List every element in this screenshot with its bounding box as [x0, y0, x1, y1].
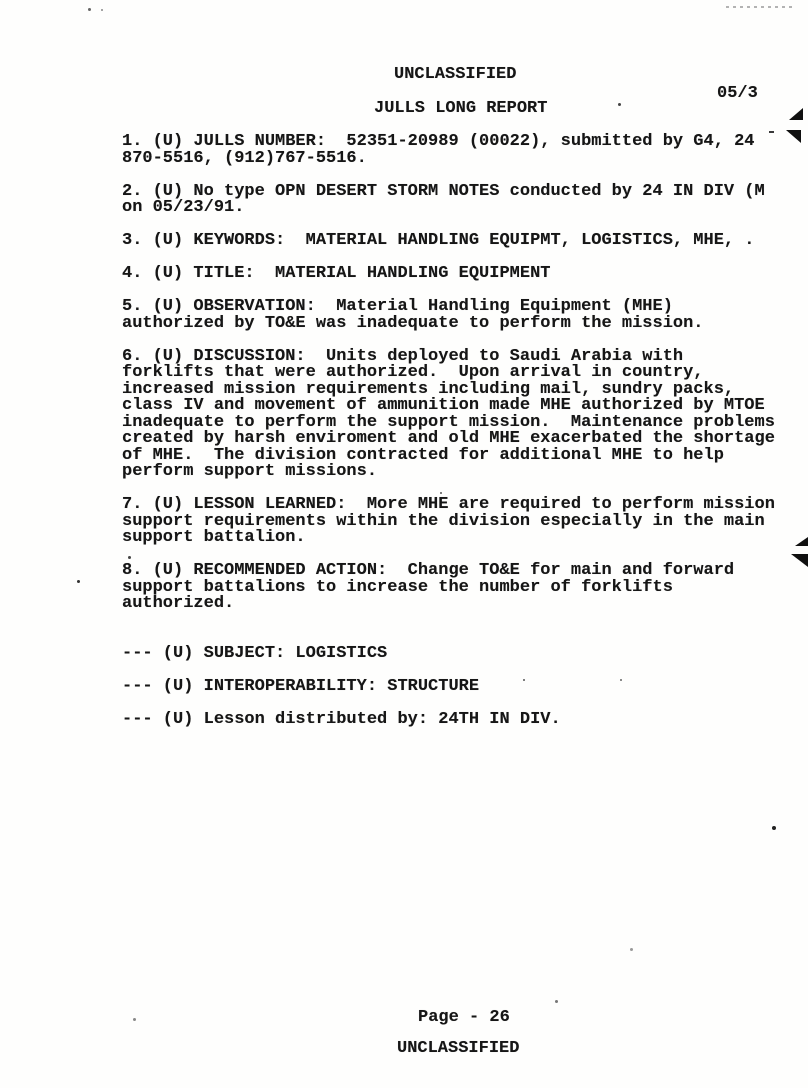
page-ref: 05/3 — [717, 86, 758, 103]
document-page: UNCLASSIFIED 05/3 JULLS LONG REPORT 1. (… — [0, 0, 808, 1088]
report-item-lesson-learned: 7. (U) LESSON LEARNED: More MHE are requ… — [122, 497, 808, 547]
classification-footer: UNCLASSIFIED — [397, 1041, 519, 1058]
report-title: JULLS LONG REPORT — [374, 101, 547, 118]
scan-artifact-dotted-line — [726, 6, 796, 8]
scan-artifact-dash — [769, 131, 774, 133]
report-item-discussion: 6. (U) DISCUSSION: Units deployed to Sau… — [122, 349, 808, 481]
scan-artifact-speck — [133, 1018, 136, 1021]
report-item-interoperability: --- (U) INTEROPERABILITY: STRUCTURE — [122, 679, 808, 696]
report-body: 1. (U) JULLS NUMBER: 52351-20989 (00022)… — [122, 134, 808, 745]
report-item-title: 4. (U) TITLE: MATERIAL HANDLING EQUIPMEN… — [122, 266, 808, 283]
report-item-keywords: 3. (U) KEYWORDS: MATERIAL HANDLING EQUIP… — [122, 233, 808, 250]
report-item-observation: 5. (U) OBSERVATION: Material Handling Eq… — [122, 299, 808, 332]
scan-artifact-speck — [88, 8, 91, 11]
scan-artifact-arrow-top-1 — [789, 108, 803, 120]
scan-artifact-speck — [128, 556, 131, 559]
scan-artifact-speck — [618, 103, 621, 106]
scan-artifact-speck — [620, 679, 622, 681]
scan-artifact-speck — [523, 679, 525, 681]
report-item-notes: 2. (U) No type OPN DESERT STORM NOTES co… — [122, 184, 808, 217]
classification-header: UNCLASSIFIED — [394, 67, 516, 84]
scan-artifact-speck — [555, 1000, 558, 1003]
scan-artifact-speck — [440, 492, 442, 494]
scan-artifact-speck — [772, 826, 776, 830]
scan-artifact-speck — [77, 580, 80, 583]
report-item-recommended-action: 8. (U) RECOMMENDED ACTION: Change TO&E f… — [122, 563, 808, 613]
scan-artifact-speck — [101, 9, 103, 11]
scan-artifact-speck — [630, 948, 633, 951]
report-item-julls-number: 1. (U) JULLS NUMBER: 52351-20989 (00022)… — [122, 134, 808, 167]
report-item-subject: --- (U) SUBJECT: LOGISTICS — [122, 646, 808, 663]
report-item-distributed-by: --- (U) Lesson distributed by: 24TH IN D… — [122, 712, 808, 729]
footer-page-number: Page - 26 — [418, 1010, 510, 1027]
